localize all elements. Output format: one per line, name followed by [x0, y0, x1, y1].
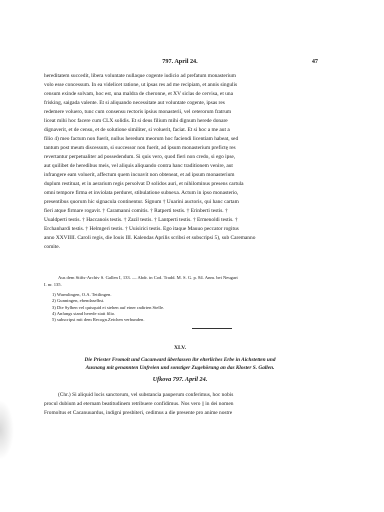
text-line: aut quilibet de heredibus meis, vel aliq…: [44, 162, 316, 171]
source-line: Aus dem Stifts-Archiv S. Gallen I, 133. …: [44, 274, 316, 281]
section-divider: [192, 328, 232, 329]
footnotes: 1) Warmlingen, O.A. Tettlingen. 2) Gunni…: [52, 292, 312, 323]
text-line: duplum restituat, et in aerarium regis p…: [44, 180, 316, 189]
summary-line: Ausnang mit genannten Unfreien und sonst…: [44, 364, 316, 372]
charter-text: hereditatem succedit, libera voluntate n…: [44, 72, 316, 252]
text-line: Fromoltus et Cacanuuardus, indigni presb…: [44, 409, 316, 418]
document-page: 797. April 24. 47 hereditatem succedit, …: [0, 0, 384, 512]
text-line: censum exinde solvam, hoc est, una maldr…: [44, 90, 316, 99]
text-line: Uualdperti testis. † Haccanois testis. †…: [44, 216, 316, 225]
source-citation: Aus dem Stifts-Archiv S. Gallen I, 133. …: [44, 274, 316, 288]
text-line: infrangere eam voluerit, affectum quem i…: [44, 171, 316, 180]
text-line: omni tempore firma et inviolata perduret…: [44, 189, 316, 198]
text-line: liceat mihi hoc facere cum CLX solidis. …: [44, 117, 316, 126]
text-line: (Chr.) Si aliquid locis sanctorum, vel s…: [44, 391, 316, 400]
text-line: tantum post meum discessum, si successor…: [44, 144, 316, 153]
summary-line: Die Priester Fromolt und Cacanward überl…: [44, 356, 316, 364]
charter-text-2: (Chr.) Si aliquid locis sanctorum, vel s…: [44, 391, 316, 418]
text-line: fieri atque firmare rogavit. † Caramanni…: [44, 207, 316, 216]
text-line: procul dubium ad eternam beatitudinem re…: [44, 400, 316, 409]
header-date: 797. April 24.: [44, 58, 316, 65]
text-line: presentibus quorum hic signacula contine…: [44, 198, 316, 207]
document-summary: Die Priester Fromolt und Cacanward überl…: [44, 356, 316, 372]
text-line: revertantur perpetualiter ad possedendum…: [44, 153, 316, 162]
place-date: Ufkova 797. April 24.: [44, 376, 316, 383]
text-line: anno XXVIIII. Caroli regis, die Iouis II…: [44, 234, 316, 243]
text-line: volo esse concessum. In ea videlicet rat…: [44, 81, 316, 90]
text-line: dignaverit, et de censu, et de solutione…: [44, 126, 316, 135]
document-number: XLV.: [44, 345, 316, 351]
page-number: 47: [312, 58, 318, 65]
text-line: filio 4) meo factum non fuerit, nullus h…: [44, 135, 316, 144]
scan-smudge: [0, 400, 14, 460]
text-line: hereditatem succedit, libera voluntate n…: [44, 72, 316, 81]
footnote: 5) subscripsi mit dem Recogn.Zeichen ver…: [52, 317, 312, 323]
source-line: I. nr. 135.: [44, 281, 316, 288]
text-line: frisking, saigada valente. Et si aliquan…: [44, 99, 316, 108]
running-header: 797. April 24. 47: [44, 58, 316, 66]
text-line: comite.: [44, 243, 316, 252]
text-line: redemere voluero, tunc cum consensu rect…: [44, 108, 316, 117]
text-line: Erchanhardi testis. † Helmgeri testis. †…: [44, 225, 316, 234]
